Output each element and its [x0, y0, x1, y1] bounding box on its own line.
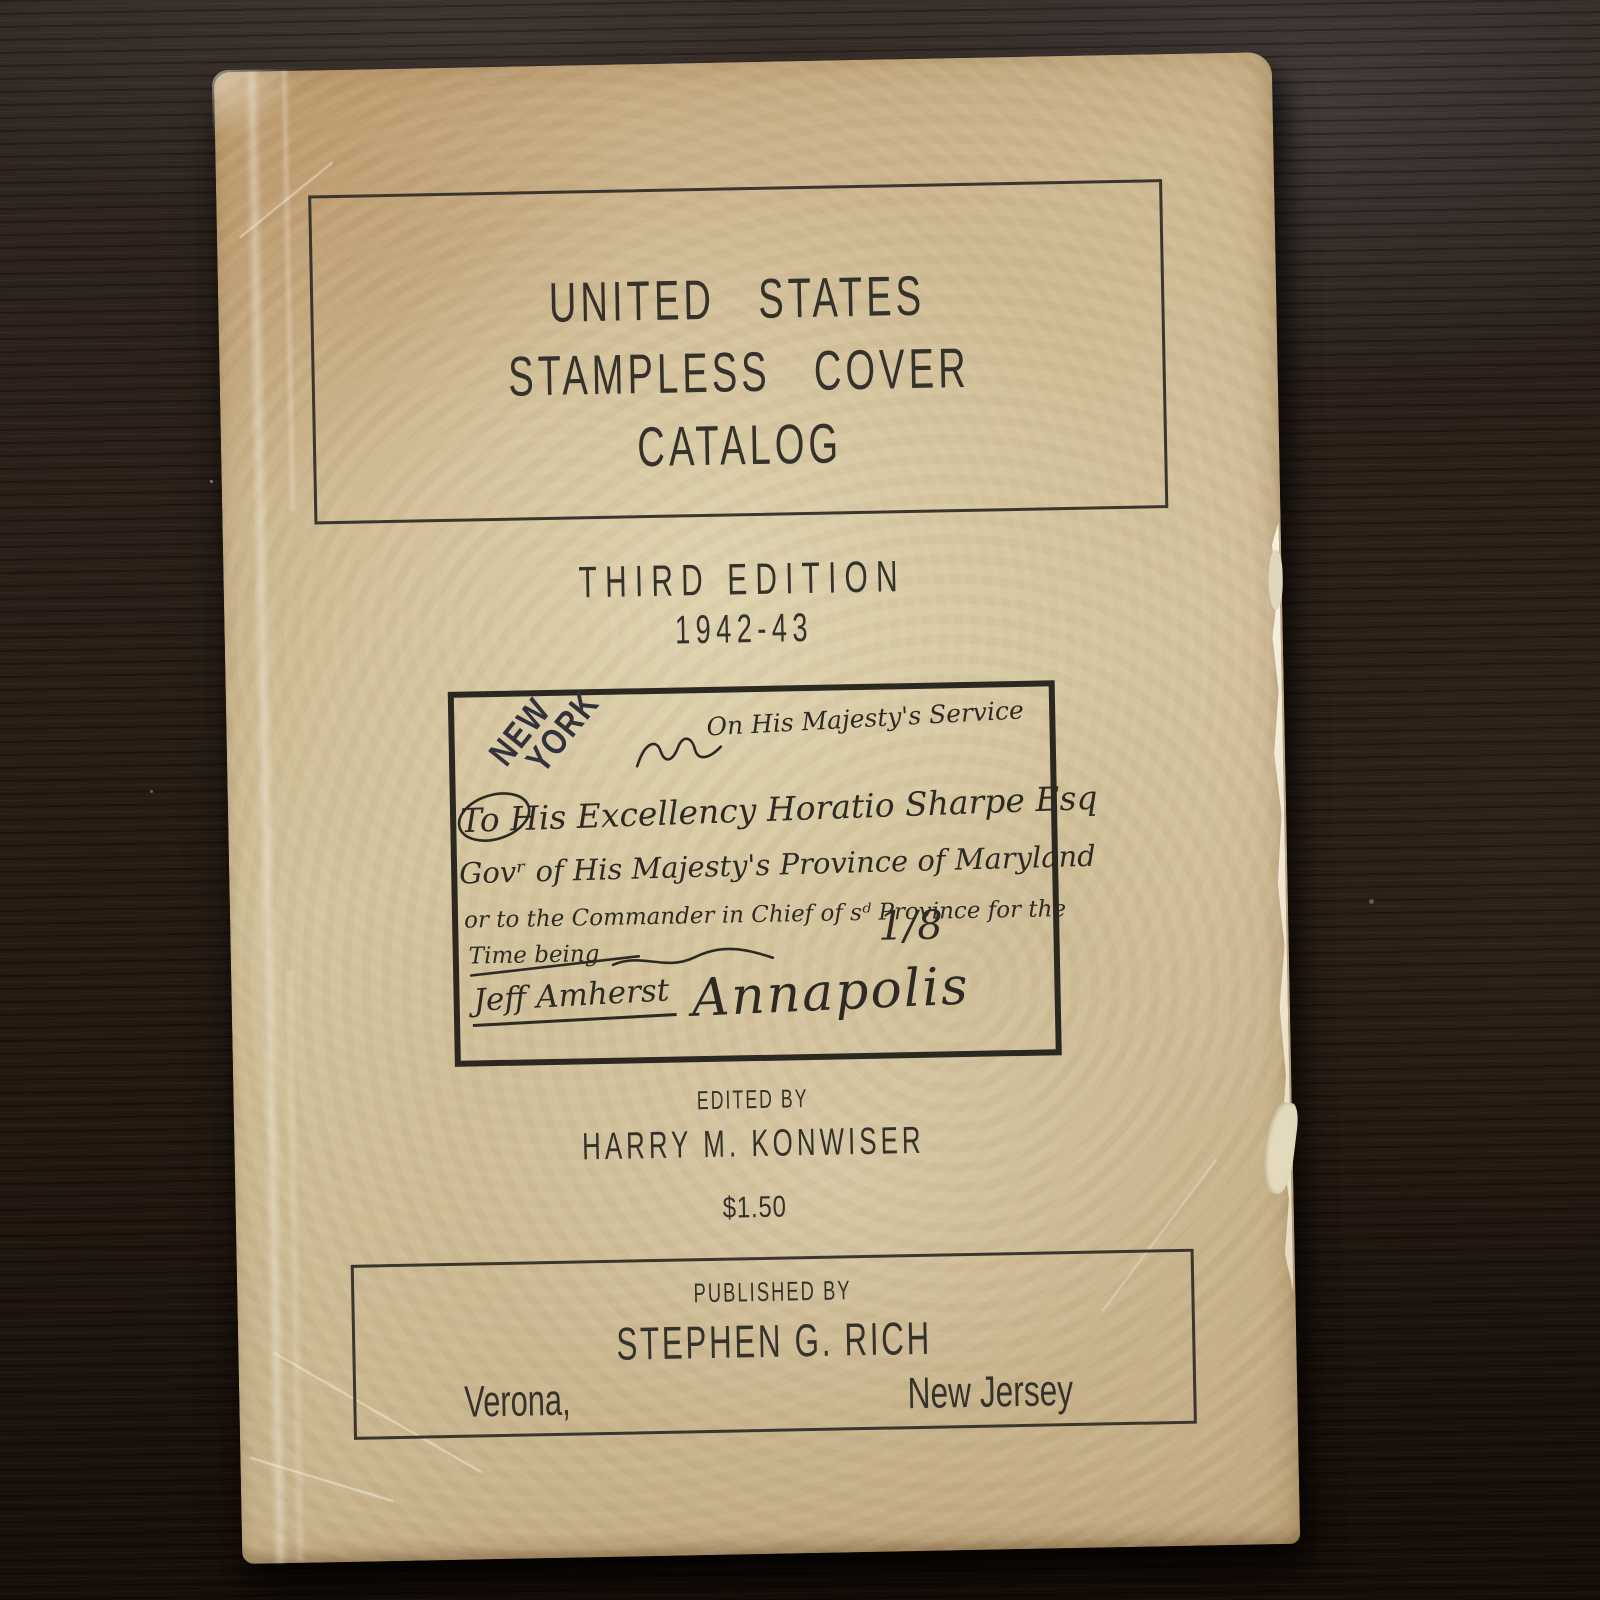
editor-name-text: HARRY M. KONWISER	[582, 1119, 925, 1170]
book-title-line-2: STAMPLESS COVER	[507, 331, 970, 413]
annapolis-handwriting: Annapolis	[690, 956, 971, 1029]
paper-chip	[1268, 550, 1283, 610]
photo-of-book-on-wood-table: UNITED STATES STAMPLESS COVER CATALOG TH…	[0, 0, 1600, 1600]
dust-specks	[210, 480, 213, 483]
edition-years-text: 1942-43	[674, 605, 813, 654]
price: $1.50	[327, 1182, 1182, 1234]
title-box: UNITED STATES STAMPLESS COVER CATALOG	[308, 179, 1168, 524]
price-text: $1.50	[722, 1190, 787, 1227]
rate-marking: 1/8	[878, 902, 943, 949]
spine-scuff	[244, 71, 289, 1563]
amherst-signature: Jeff Amherst	[471, 972, 677, 1027]
facsimile-cover-illustration: NEW YORK On His Majesty's Service To His…	[448, 680, 1062, 1067]
publisher-city: Verona,	[464, 1376, 571, 1428]
on-his-majestys-service-line: On His Majesty's Service	[706, 695, 1025, 741]
signature-overline	[467, 952, 647, 977]
book-title-line-3: CATALOG	[637, 406, 843, 483]
address-line-2: Govʳ of His Majesty's Province of Maryla…	[459, 839, 1096, 891]
edited-by-label: EDITED BY	[325, 1076, 1179, 1122]
scribble-flourish	[633, 731, 726, 777]
editor-name: HARRY M. KONWISER	[326, 1114, 1181, 1174]
publisher-box: PUBLISHED BY STEPHEN G. RICH Verona, New…	[351, 1249, 1197, 1440]
publisher-state: New Jersey	[907, 1366, 1073, 1419]
publisher-name-text: STEPHEN G. RICH	[616, 1313, 932, 1369]
spine-scuff	[280, 71, 297, 511]
paper-chip	[1259, 1101, 1300, 1196]
new-york-straightline-postmark: NEW YORK	[478, 657, 610, 798]
book-cover: UNITED STATES STAMPLESS COVER CATALOG TH…	[214, 52, 1300, 1564]
edition-text: THIRD EDITION	[579, 551, 907, 609]
address-line-3: or to the Commander in Chief of sᵈ Provi…	[464, 896, 1066, 934]
address-line-1: To His Excellency Horatio Sharpe Esq	[460, 778, 1099, 840]
edited-by-text: EDITED BY	[696, 1083, 808, 1115]
book-title-line-1: UNITED STATES	[548, 259, 926, 339]
published-by-label: PUBLISHED BY	[354, 1268, 1191, 1316]
published-by-text: PUBLISHED BY	[693, 1274, 852, 1309]
